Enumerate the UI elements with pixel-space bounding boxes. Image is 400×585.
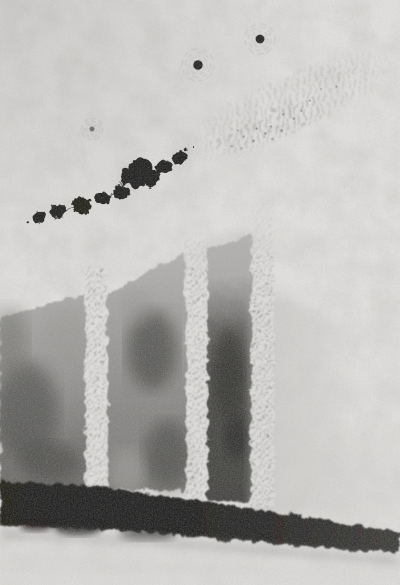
watercolor-painting bbox=[0, 0, 400, 585]
painting-canvas bbox=[0, 0, 400, 585]
paper-grain-overlay bbox=[0, 0, 400, 585]
